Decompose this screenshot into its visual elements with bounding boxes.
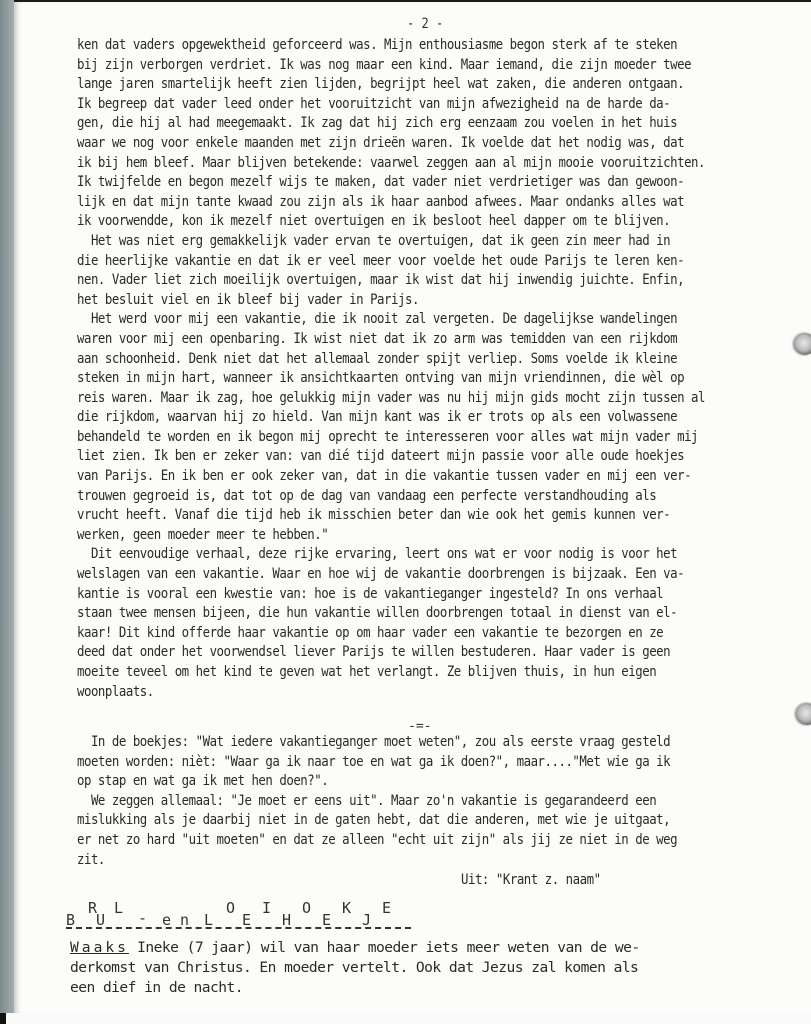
- section-body-line: Ineke (7 jaar) wil van haar moeder iets …: [129, 939, 640, 956]
- text-line: ik voorwendde, kon ik mezelf niet overtu…: [77, 212, 713, 232]
- text-line: Dit eenvoudige verhaal, deze rijke ervar…: [77, 545, 713, 565]
- text-line: gen, die hij al had meegemaakt. Ik zag d…: [77, 114, 713, 134]
- text-line: waren voor mij een openbaring. Ik wist n…: [77, 330, 713, 350]
- heading-letter: H: [282, 911, 291, 929]
- text-line: staan twee mensen bijeen, die hun vakant…: [77, 604, 713, 624]
- heading-letter: B: [66, 911, 75, 929]
- text-line: waar we nog voor enkele maanden met zijn…: [77, 134, 713, 154]
- text-line: Het werd voor mij een vakantie, die ik n…: [77, 310, 713, 330]
- text-line: behandeld te worden en ik begon mij opre…: [77, 428, 713, 448]
- heading-letter: I: [262, 899, 271, 917]
- text-line: het besluit viel en ik bleef bij vader i…: [77, 291, 713, 311]
- heading-letter: L: [204, 911, 213, 929]
- text-line: In de boekjes: "Wat iedere vakantiegange…: [77, 733, 713, 753]
- text-line: die heerlijke vakantie en dat ik er veel…: [77, 252, 713, 272]
- text-line: kantie is vooral een kwestie van: hoe is…: [77, 585, 713, 605]
- text-line: Ik twijfelde en begon mezelf wijs te mak…: [77, 173, 713, 193]
- text-line: ik bij hem bleef. Maar blijven betekende…: [77, 154, 713, 174]
- binder-hole: [796, 703, 811, 725]
- heading-letter: O: [226, 899, 235, 917]
- text-line: trouwen gegroeid is, dat tot op de dag v…: [77, 487, 713, 507]
- main-text-block: ken dat vaders opgewektheid geforceerd w…: [77, 36, 713, 702]
- text-line: nen. Vader liet zich moeilijk overtuigen…: [77, 271, 713, 291]
- page-number: - 2 -: [407, 16, 443, 32]
- text-line: moeten worden: nièt: "Waar ga ik naar to…: [77, 753, 713, 773]
- section-body: Waaks Ineke (7 jaar) wil van haar moeder…: [70, 938, 811, 998]
- heading-letter: E: [382, 899, 391, 917]
- heading-letter: L: [114, 899, 123, 917]
- heading-letter: J: [362, 911, 371, 929]
- text-line: lijk en dat mijn tante kwaad zou zijn al…: [77, 193, 713, 213]
- heading-letter: e: [162, 911, 171, 929]
- second-text-block: In de boekjes: "Wat iedere vakantiegange…: [77, 733, 713, 870]
- section-heading: BRUL-enLOEIHOEKJE: [66, 897, 446, 931]
- text-line: We zeggen allemaal: "Je moet er eens uit…: [77, 792, 713, 812]
- text-line: woonplaats.: [77, 683, 713, 703]
- text-line: steken in mijn hart, wanneer ik ansichtk…: [77, 369, 713, 389]
- source-citation: Uit: "Krant z. naam": [461, 872, 601, 888]
- text-line: lange jaren smartelijk heeft zien lijden…: [77, 75, 713, 95]
- section-keyword: Waaks: [70, 939, 129, 956]
- section-body-line: derkomst van Christus. En moeder vertelt…: [70, 959, 638, 976]
- heading-letter: n: [180, 911, 189, 929]
- text-line: er net zo hard "uit moeten" en dat ze al…: [77, 831, 713, 851]
- text-line: die rijkdom, waarvan hij zo hield. Van m…: [77, 408, 713, 428]
- text-line: zit.: [77, 851, 713, 871]
- heading-letter: E: [322, 911, 331, 929]
- scan-left-edge: [0, 0, 14, 1024]
- text-line: Het was niet erg gemakkelijk vader ervan…: [77, 232, 713, 252]
- text-line: Ik begreep dat vader leed onder het voor…: [77, 95, 713, 115]
- text-line: reis waren. Maar ik zag, hoe gelukkig mi…: [77, 389, 713, 409]
- heading-letter: K: [342, 899, 351, 917]
- text-line: aan schoonheid. Denk niet dat het allema…: [77, 350, 713, 370]
- text-line: werken, geen moeder meer te hebben.": [77, 526, 713, 546]
- text-line: op stap en wat ga ik met hen doen?".: [77, 772, 713, 792]
- heading-underline: [66, 927, 411, 929]
- heading-letter: -: [138, 909, 147, 927]
- text-line: bij zijn verborgen verdriet. Ik was nog …: [77, 56, 713, 76]
- text-line: ken dat vaders opgewektheid geforceerd w…: [77, 36, 713, 56]
- document-page: - 2 - ken dat vaders opgewektheid geforc…: [14, 2, 811, 1014]
- text-line: deed dat onder het voorwendsel liever Pa…: [77, 643, 713, 663]
- text-line: liet zien. Ik ben er zeker van: van dié …: [77, 447, 713, 467]
- text-line: welslagen van een vakantie. Waar en hoe …: [77, 565, 713, 585]
- text-line: vrucht heeft. Vanaf die tijd heb ik miss…: [77, 506, 713, 526]
- section-separator: -=-: [408, 719, 431, 734]
- scan-bottom-border: [0, 1013, 811, 1024]
- text-line: van Parijs. En ik ben er ook zeker van, …: [77, 467, 713, 487]
- heading-letter: O: [302, 899, 311, 917]
- text-line: kaar! Dit kind offerde haar vakantie op …: [77, 624, 713, 644]
- binder-hole: [794, 333, 811, 355]
- text-line: moeite teveel om het kind te geven wat h…: [77, 663, 713, 683]
- heading-letter: E: [242, 911, 251, 929]
- scan-bottom-corner: [0, 1013, 6, 1024]
- section-body-line: een dief in de nacht.: [70, 979, 243, 996]
- heading-letter: U: [96, 911, 105, 929]
- text-line: mislukking als je daarbij niet in de gat…: [77, 811, 713, 831]
